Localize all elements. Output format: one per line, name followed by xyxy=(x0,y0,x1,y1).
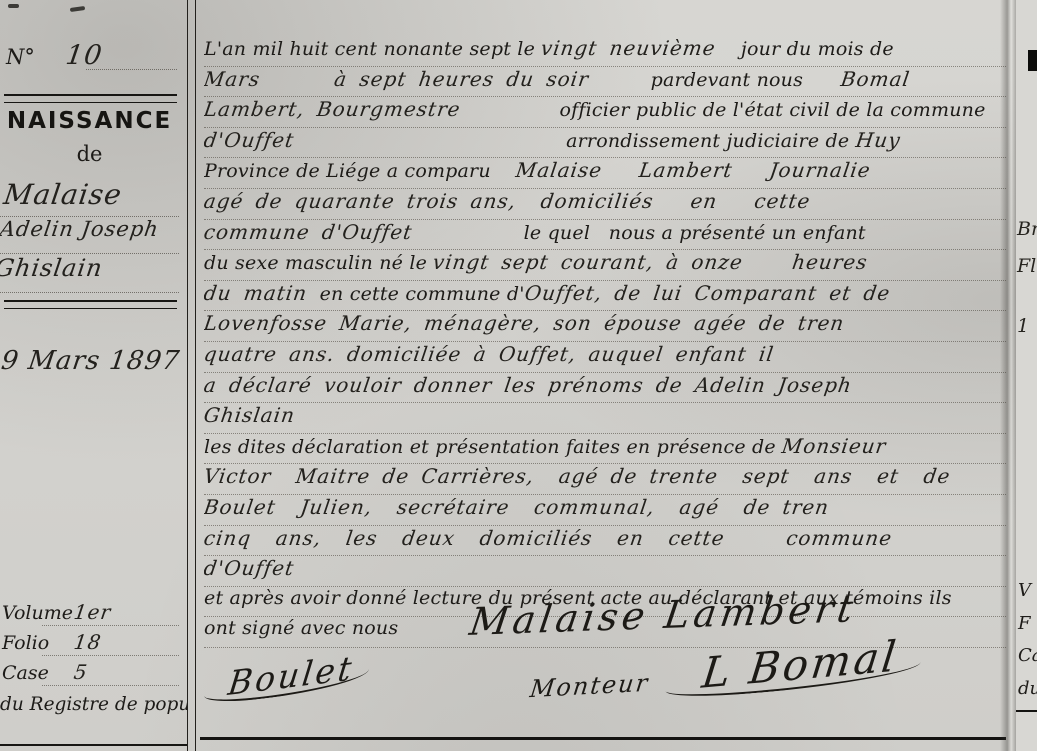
printed-form-text: les dites déclaration et présentation fa… xyxy=(204,436,782,458)
handwritten-entry: du matin xyxy=(204,281,321,305)
handwritten-entry: Mars à sept heures du soir xyxy=(204,67,652,91)
child-name-text: Ghislain xyxy=(0,254,105,282)
handwritten-entry: Huy xyxy=(854,128,902,152)
register-field-label: Case xyxy=(2,662,49,684)
facing-page-rule xyxy=(1016,710,1037,712)
facing-fragment: Br xyxy=(1017,218,1037,240)
register-field-row: Volume1er xyxy=(2,602,179,632)
child-name-line: Malaise xyxy=(0,178,179,217)
page-fold-shadow xyxy=(1000,0,1016,751)
printed-form-text: officier public de l'état civil de la co… xyxy=(559,99,985,121)
register-scan: N° 10 NAISSANCE de MalaiseAdelin JosephG… xyxy=(0,0,1037,751)
child-name-text: Adelin Joseph xyxy=(0,217,161,241)
act-line: du sexe masculin né le vingt sept couran… xyxy=(204,250,1006,281)
act-line: cinq ans, les deux domiciliés en cette c… xyxy=(204,526,1006,557)
register-field-label: Folio xyxy=(2,632,49,654)
margin-bottom-rule xyxy=(0,744,187,746)
facing-page-sliver: BrFl1 VFCadu xyxy=(1016,0,1037,751)
margin-date: 29 Mars 1897 xyxy=(0,346,182,376)
act-line: Lovenfosse Marie, ménagère, son épouse a… xyxy=(204,311,1006,342)
double-rule xyxy=(4,94,177,103)
handwritten-entry: d'Ouffet xyxy=(204,556,296,580)
act-number-label: N° xyxy=(6,45,35,69)
handwritten-entry: vingt neuvième xyxy=(540,36,718,60)
act-line: les dites déclaration et présentation fa… xyxy=(204,434,1006,465)
register-field-value: 1er xyxy=(72,600,112,624)
double-rule xyxy=(4,300,177,309)
register-field-row: Folio18 xyxy=(2,632,179,662)
child-name-text: Malaise xyxy=(2,178,125,211)
child-name-line: Ghislain xyxy=(0,254,179,293)
printed-form-text: pardevant nous xyxy=(651,69,841,91)
act-line: a déclaré vouloir donner les prénoms de … xyxy=(204,373,1006,404)
act-line: Mars à sept heures du soir pardevant nou… xyxy=(204,67,1006,98)
register-field-row: Case5 xyxy=(2,662,179,692)
printed-form-text: Province de Liége a comparu xyxy=(204,160,516,182)
register-field-value: 5 xyxy=(72,660,89,684)
naissance-heading: NAISSANCE xyxy=(0,108,179,134)
printed-form-text: le quel nous a présenté un enfant xyxy=(524,222,866,244)
facing-margin-label: V xyxy=(1018,580,1031,601)
handwritten-entry: Lambert, Bourgmestre xyxy=(204,97,561,121)
handwritten-entry: Bomal xyxy=(839,67,911,91)
column-divider-rule xyxy=(187,0,196,751)
act-line: Ghislain xyxy=(204,403,1006,434)
dotted-leader xyxy=(42,655,179,656)
printed-form-text: en cette commune d' xyxy=(320,283,525,305)
facing-fragment: Fl xyxy=(1017,255,1036,277)
act-line: L'an mil huit cent nonante sept le vingt… xyxy=(204,36,1006,67)
printed-form-text: arrondissement judiciaire de xyxy=(566,130,855,152)
handwritten-entry: quatre ans. domiciliée à Ouffet, auquel … xyxy=(204,342,776,366)
child-name-line: Adelin Joseph xyxy=(0,217,179,254)
handwritten-entry: Lovenfosse Marie, ménagère, son épouse a… xyxy=(204,311,846,335)
register-reference-fields: Volume1erFolio18Case5 xyxy=(2,602,179,692)
act-line: Boulet Julien, secrétaire communal, agé … xyxy=(204,495,1006,526)
handwritten-entry: d'Ouffet xyxy=(204,128,568,152)
handwritten-entry: commune d'Ouffet xyxy=(204,220,525,244)
printed-form-text: du sexe masculin né le xyxy=(204,252,433,274)
register-field-label: Volume xyxy=(2,602,73,624)
act-line: quatre ans. domiciliée à Ouffet, auquel … xyxy=(204,342,1006,373)
handwritten-entry: agé de quarante trois ans, domiciliés en… xyxy=(204,189,812,213)
dotted-leader xyxy=(42,625,179,626)
act-bottom-rule xyxy=(200,737,1006,740)
child-name-lines: MalaiseAdelin JosephGhislain xyxy=(0,178,179,293)
dotted-leader xyxy=(86,69,177,70)
act-line: Victor Maitre de Carrières, agé de trent… xyxy=(204,464,1006,495)
act-line: d'Ouffet xyxy=(204,556,1006,587)
handwritten-entry: Malaise Lambert Journalie xyxy=(514,158,872,182)
handwritten-entry: cinq ans, les deux domiciliés en cette c… xyxy=(204,526,894,550)
act-number-value: 10 xyxy=(64,40,105,71)
facing-margin-label: du xyxy=(1018,678,1037,699)
handwritten-entry: a déclaré vouloir donner les prénoms de … xyxy=(204,373,854,397)
facing-page-ink-mark xyxy=(1028,50,1037,71)
handwritten-entry: Ouffet, de lui Comparant et de xyxy=(523,281,892,305)
printed-form-text: L'an mil huit cent nonante sept le xyxy=(204,38,541,60)
facing-margin-label: F xyxy=(1018,613,1031,634)
register-field-value: 18 xyxy=(72,630,103,654)
act-lines: L'an mil huit cent nonante sept le vingt… xyxy=(204,36,1006,648)
dotted-leader xyxy=(42,685,179,686)
handwritten-entry: vingt sept courant, à onze heures xyxy=(432,250,870,274)
act-line: du matin en cette commune d'Ouffet, de l… xyxy=(204,281,1006,312)
handwritten-entry: Victor Maitre de Carrières, agé de trent… xyxy=(204,464,952,488)
act-line: Lambert, Bourgmestre officier public de … xyxy=(204,97,1006,128)
handwritten-entry: Boulet Julien, secrétaire communal, agé … xyxy=(204,495,831,519)
act-line: Province de Liége a comparu Malaise Lamb… xyxy=(204,158,1006,189)
act-line: commune d'Ouffet le quel nous a présenté… xyxy=(204,220,1006,251)
facing-margin-label: Ca xyxy=(1018,645,1037,666)
handwritten-entry: Ghislain xyxy=(204,403,297,427)
handwritten-entry: Monsieur xyxy=(780,434,888,458)
printed-form-text: ont signé avec nous xyxy=(204,617,398,639)
facing-fragment: 1 xyxy=(1017,315,1029,337)
act-line: agé de quarante trois ans, domiciliés en… xyxy=(204,189,1006,220)
act-number-row: N° 10 xyxy=(6,40,177,74)
margin-column: N° 10 NAISSANCE de MalaiseAdelin JosephG… xyxy=(0,0,187,751)
registre-label: du Registre de population. xyxy=(0,694,187,715)
naissance-de: de xyxy=(0,142,179,166)
act-line: d'Ouffet arrondissement judiciaire de Hu… xyxy=(204,128,1006,159)
printed-form-text: jour du mois de xyxy=(716,38,894,60)
